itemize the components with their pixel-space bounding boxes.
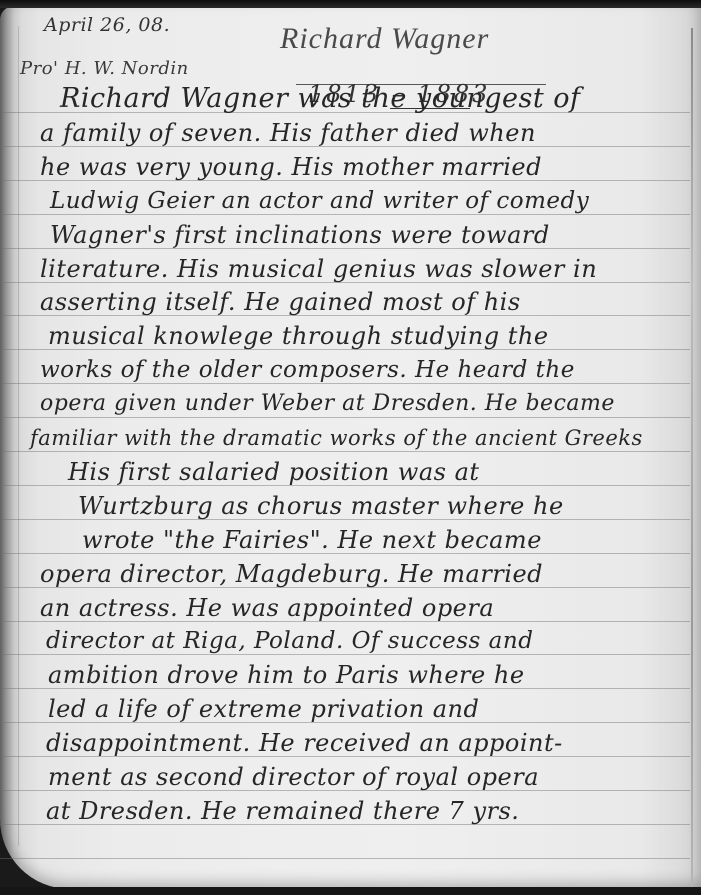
handwritten-line: asserting itself. He gained most of his bbox=[40, 285, 521, 319]
handwritten-line: opera director, Magdeburg. He married bbox=[40, 557, 543, 591]
handwritten-line: at Dresden. He remained there 7 yrs. bbox=[46, 794, 519, 828]
page-right-edge bbox=[691, 28, 693, 888]
handwritten-line: works of the older composers. He heard t… bbox=[40, 353, 575, 387]
page-title: Richard Wagner bbox=[280, 22, 489, 56]
handwritten-line: opera given under Weber at Dresden. He b… bbox=[40, 387, 615, 421]
handwritten-line: musical knowlege through studying the bbox=[48, 319, 549, 353]
handwritten-line: Richard Wagner was the youngest of bbox=[60, 82, 581, 116]
handwritten-line: he was very young. His mother married bbox=[40, 150, 542, 184]
handwritten-line: an actress. He was appointed opera bbox=[40, 591, 494, 625]
ruled-line bbox=[0, 858, 690, 859]
handwritten-line: director at Riga, Poland. Of success and bbox=[46, 624, 533, 658]
handwritten-line: Wurtzburg as chorus master where he bbox=[78, 489, 564, 523]
handwritten-line: Wagner's first inclinations were toward bbox=[50, 218, 550, 252]
handwritten-line: literature. His musical genius was slowe… bbox=[40, 252, 597, 286]
handwritten-line: His first salaried position was at bbox=[68, 455, 480, 489]
scan-top-border bbox=[0, 0, 701, 8]
handwritten-line: disappointment. He received an appoint- bbox=[46, 726, 563, 760]
handwritten-line: familiar with the dramatic works of the … bbox=[30, 421, 643, 455]
notebook-page: April 26, 08. Pro' H. W. Nordin Richard … bbox=[0, 6, 701, 889]
handwritten-line: a family of seven. His father died when bbox=[40, 116, 536, 150]
handwritten-line: wrote "the Fairies". He next became bbox=[82, 523, 542, 557]
handwritten-line: led a life of extreme privation and bbox=[48, 692, 479, 726]
handwritten-line: ambition drove him to Paris where he bbox=[48, 658, 525, 692]
author-name: Pro' H. W. Nordin bbox=[20, 58, 189, 79]
handwritten-line: Ludwig Geier an actor and writer of come… bbox=[50, 184, 589, 218]
scan-bottom-border bbox=[0, 887, 701, 895]
entry-date: April 26, 08. bbox=[44, 14, 170, 36]
handwritten-line: ment as second director of royal opera bbox=[48, 760, 539, 794]
